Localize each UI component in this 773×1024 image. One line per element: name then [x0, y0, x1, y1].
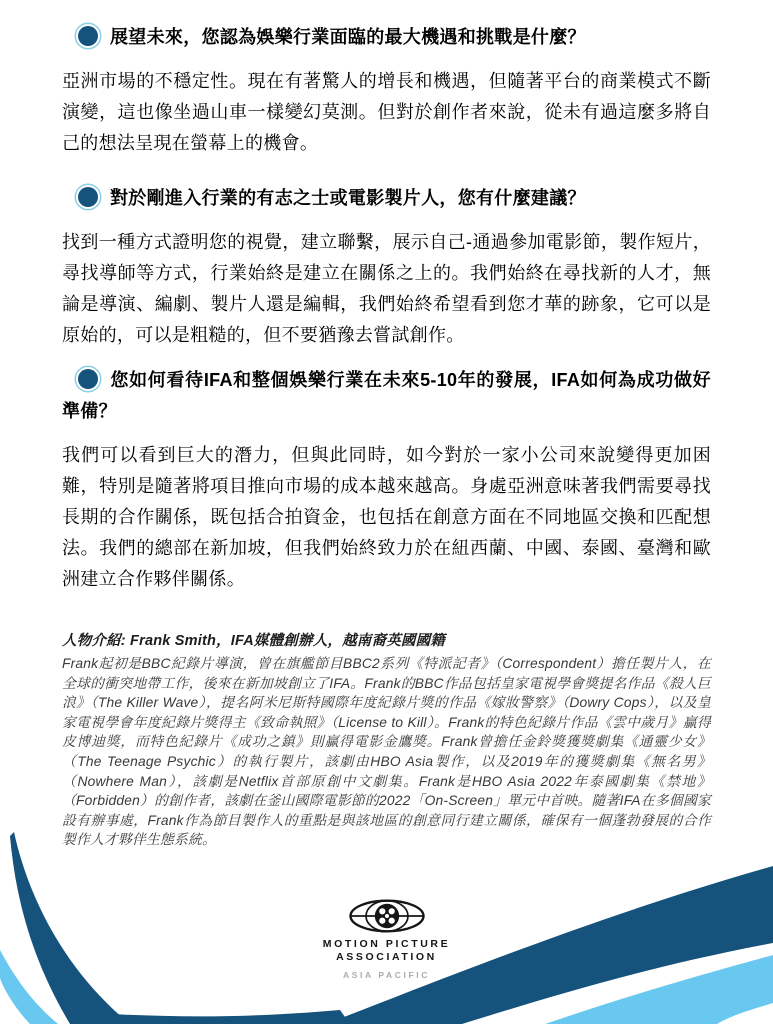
question-3: 您如何看待IFA和整個娛樂行業在未來5-10年的發展，IFA如何為成功做好準備？	[62, 365, 711, 427]
question-3-text: 您如何看待IFA和整個娛樂行業在未來5-10年的發展，IFA如何為成功做好準備？	[62, 370, 711, 421]
bottom-dark-strip	[110, 1010, 350, 1024]
question-bullet-icon	[78, 26, 98, 46]
logo-line-motion-picture: MOTION PICTURE	[277, 938, 497, 951]
question-2: 對於剛進入行業的有志之士或電影製片人，您有什麼建議？	[62, 183, 711, 214]
logo-line-association: ASSOCIATION	[277, 951, 497, 964]
bio-section: 人物介紹: Frank Smith，IFA媒體創辦人，越南裔英國國籍 Frank…	[62, 631, 711, 850]
question-2-text: 對於剛進入行業的有志之士或電影製片人，您有什麼建議？	[110, 188, 586, 208]
mpa-logo: MOTION PICTURE ASSOCIATION ASIA PACIFIC	[277, 899, 497, 980]
article-content: 展望未來，您認為娛樂行業面臨的最大機遇和挑戰是什麼？ 亞洲市場的不穩定性。現在有…	[0, 0, 773, 850]
question-bullet-icon	[78, 369, 98, 389]
question-1: 展望未來，您認為娛樂行業面臨的最大機遇和挑戰是什麼？	[62, 22, 711, 53]
bio-paragraph: Frank起初是BBC紀錄片導演，曾在旗艦節目BBC2系列《特派記者》（Corr…	[62, 654, 711, 850]
question-bullet-icon	[78, 187, 98, 207]
question-1-text: 展望未來，您認為娛樂行業面臨的最大機遇和挑戰是什麼？	[110, 27, 586, 47]
page: 展望未來，您認為娛樂行業面臨的最大機遇和挑戰是什麼？ 亞洲市場的不穩定性。現在有…	[0, 0, 773, 1024]
answer-1-paragraph: 亞洲市場的不穩定性。現在有著驚人的增長和機遇，但隨著平台的商業模式不斷演變，這也…	[62, 66, 711, 159]
mpa-globe-icon	[348, 899, 426, 933]
bio-heading: 人物介紹: Frank Smith，IFA媒體創辦人，越南裔英國國籍	[62, 631, 711, 652]
logo-line-asia-pacific: ASIA PACIFIC	[277, 970, 497, 980]
answer-3-paragraph: 我們可以看到巨大的潛力，但與此同時，如今對於一家小公司來說變得更加困難，特別是隨…	[62, 440, 711, 595]
answer-2-paragraph: 找到一種方式證明您的視覺，建立聯繫，展示自己-通過參加電影節，製作短片，尋找導師…	[62, 227, 711, 351]
